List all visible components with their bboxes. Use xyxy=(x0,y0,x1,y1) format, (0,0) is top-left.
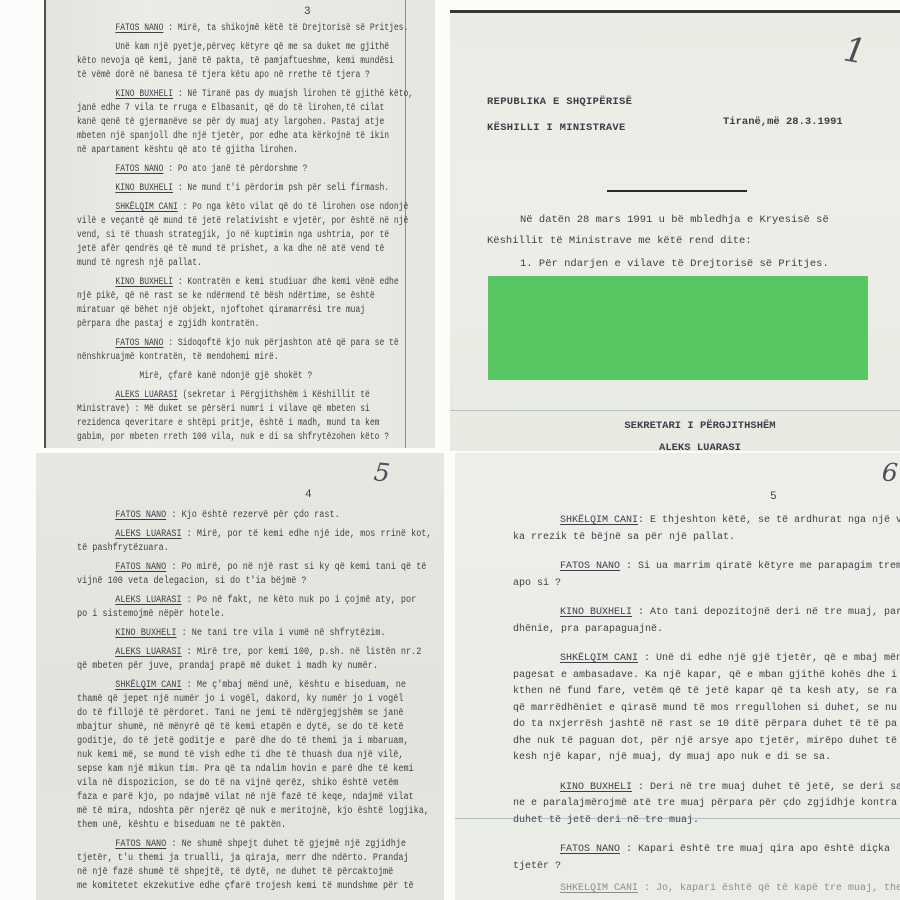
scanned-minutes-collage: 3 FATOS NANO : Mirë, ta shikojmë këtë të… xyxy=(0,0,900,900)
speaker-name: SHKËLQIM CANI xyxy=(115,202,177,213)
speaker-name: FATOS NANO xyxy=(115,164,163,175)
dialogue-paragraph: FATOS NANO : Po mirë, po në një rast si … xyxy=(77,561,444,589)
dialogue-paragraph: FATOS NANO : Sidoqoftë kjo nuk përjashto… xyxy=(77,337,435,365)
speaker-name: FATOS NANO xyxy=(115,839,166,850)
cut-off-line: SHKËLQIM CANI : Jo, kapari është që të k… xyxy=(513,883,900,893)
dialogue-paragraph: SHKËLQIM CANI : Me ç'mbaj mënd unë, kësh… xyxy=(77,679,444,833)
dialogue-paragraph: SHKËLQIM CANI : Unë di edhe një gjë tjet… xyxy=(513,651,900,767)
redaction-block xyxy=(488,276,868,380)
dialogue-line: : Ne tani tre vila i vumë në shfrytëzim. xyxy=(176,628,385,639)
dialogue-paragraph: ALEKS LUARASI (sekretar i Përgjithshëm i… xyxy=(77,389,435,445)
speaker-name: ALEKS LUARASI xyxy=(115,595,181,606)
speaker-name: SHKËLQIM CANI xyxy=(560,515,638,526)
page-number: 4 xyxy=(305,489,312,501)
dialogue-paragraph: KINO BUXHELI : Kontratën e kemi studiuar… xyxy=(77,276,435,332)
speaker-name: SHKËLQIM CANI xyxy=(115,680,181,691)
signature-name: ALEKS LUARASI xyxy=(585,437,815,451)
dialogue-paragraph: KINO BUXHELI : Deri në tre muaj duhet të… xyxy=(513,780,900,830)
signature-title: SEKRETARI I PËRGJITHSHËM xyxy=(585,415,815,437)
speaker-name: FATOS NANO xyxy=(115,338,163,349)
dialogue-line: : Mirë, ta shikojmë këtë të Drejtorisë s… xyxy=(163,23,408,34)
dialogue-line: : Unë di edhe një gjë tjetër, që e mbaj … xyxy=(513,653,900,763)
speaker-name: FATOS NANO xyxy=(560,844,620,855)
republic-header: REPUBLIKA E SHQIPËRISË KËSHILLI I MINIST… xyxy=(487,89,632,141)
handwritten-page-mark: 1 xyxy=(841,29,869,72)
dialogue-paragraph: SHKËLQIM CANI : Po nga këto vilat që do … xyxy=(77,201,435,271)
divider-rule xyxy=(607,190,747,192)
speaker-name: SHKËLQIM CANI xyxy=(560,883,638,893)
dialogue-paragraph: KINO BUXHELI : Ne tani tre vila i vumë n… xyxy=(77,627,444,641)
agenda-item: 1. Për ndarjen e vilave të Drejtorisë së… xyxy=(487,258,887,270)
dialogue-paragraph: ALEKS LUARASI : Mirë tre, por kemi 100, … xyxy=(77,646,444,674)
speaker-name: KINO BUXHELI xyxy=(560,607,632,618)
scan-page-4: 5 4 FATOS NANO : Kjo është rezervë për ç… xyxy=(36,453,444,900)
page-number: 5 xyxy=(770,491,777,503)
scan-page-1: 1 REPUBLIKA E SHQIPËRISË KËSHILLI I MINI… xyxy=(450,10,900,451)
dialogue-paragraph: SHKËLQIM CANI: E thjeshton këtë, se të a… xyxy=(513,513,900,546)
speaker-name: SHKËLQIM CANI xyxy=(560,653,638,664)
scan-page-3: 3 FATOS NANO : Mirë, ta shikojmë këtë të… xyxy=(44,0,435,448)
dialogue-line: Mirë, çfarë kanë ndonjë gjë shokët ? xyxy=(115,371,312,382)
dateline: Tiranë,më 28.3.1991 xyxy=(723,116,843,128)
dialogue-line: : Kjo është rezervë për çdo rast. xyxy=(166,510,339,521)
dialogue-text: SHKËLQIM CANI: E thjeshton këtë, se të a… xyxy=(513,513,900,888)
scan-page-5: 6 5 SHKËLQIM CANI: E thjeshton këtë, se … xyxy=(455,453,900,900)
dialogue-paragraph: Unë kam një pyetje,përveç këtyre që me s… xyxy=(77,41,435,83)
dialogue-paragraph: FATOS NANO : Po ato janë të përdorshme ? xyxy=(77,163,435,177)
speaker-name: ALEKS LUARASI xyxy=(115,647,181,658)
speaker-name: KINO BUXHELI xyxy=(560,782,632,793)
speaker-name: FATOS NANO xyxy=(560,561,620,572)
dialogue-text: FATOS NANO : Mirë, ta shikojmë këtë të D… xyxy=(77,22,435,448)
dialogue-paragraph: KINO BUXHELI : Ato tani depozitojnë deri… xyxy=(513,605,900,638)
speaker-name: KINO BUXHELI xyxy=(115,183,173,194)
speaker-name: FATOS NANO xyxy=(115,510,166,521)
meeting-intro: Në datën 28 mars 1991 u bë mbledhja e Kr… xyxy=(487,210,877,252)
dialogue-paragraph: ALEKS LUARASI : Po në fakt, ne këto nuk … xyxy=(77,594,444,622)
dialogue-line: : Ne mund t'i përdorim psh për seli firm… xyxy=(173,183,389,194)
speaker-name: FATOS NANO xyxy=(115,562,166,573)
dialogue-paragraph: KINO BUXHELI : Në Tiranë pas dy muajsh l… xyxy=(77,88,435,158)
speaker-name: ALEKS LUARASI xyxy=(115,529,181,540)
dialogue-paragraph: ALEKS LUARASI : Mirë, por të kemi edhe n… xyxy=(77,528,444,556)
dialogue-paragraph: FATOS NANO : Kjo është rezervë për çdo r… xyxy=(77,509,444,523)
dialogue-paragraph: FATOS NANO : Mirë, ta shikojmë këtë të D… xyxy=(77,22,435,36)
scan-artifact-line xyxy=(450,410,900,411)
scan-artifact-line xyxy=(455,818,900,819)
dialogue-paragraph: FATOS NANO : Si ua marrim qiratë këtyre … xyxy=(513,559,900,592)
signature-block: SEKRETARI I PËRGJITHSHËM ALEKS LUARASI xyxy=(585,415,815,451)
dialogue-line: : Po ato janë të përdorshme ? xyxy=(163,164,307,175)
dialogue-paragraph: FATOS NANO : Kapari është tre muaj qira … xyxy=(513,842,900,875)
handwritten-page-mark: 5 xyxy=(373,457,392,488)
speaker-name: KINO BUXHELI xyxy=(115,89,173,100)
dialogue-line: : Jo, kapari është që të kapë tre muaj, … xyxy=(638,883,900,893)
dialogue-line: Unë kam një pyetje,përveç këtyre që me s… xyxy=(77,42,394,81)
speaker-name: KINO BUXHELI xyxy=(115,277,173,288)
speaker-name: FATOS NANO xyxy=(115,23,163,34)
dialogue-text: FATOS NANO : Kjo është rezervë për çdo r… xyxy=(77,509,444,899)
page-number: 3 xyxy=(304,6,311,18)
dialogue-paragraph: KINO BUXHELI : Ne mund t'i përdorim psh … xyxy=(77,182,435,196)
dialogue-line: : Me ç'mbaj mënd unë, kështu e biseduam,… xyxy=(77,680,429,831)
handwritten-page-mark: 6 xyxy=(881,457,899,487)
speaker-name: ALEKS LUARASI xyxy=(115,390,177,401)
speaker-name: KINO BUXHELI xyxy=(115,628,176,639)
dialogue-paragraph: FATOS NANO : Ne shumë shpejt duhet të gj… xyxy=(77,838,444,894)
dialogue-paragraph: Mirë, çfarë kanë ndonjë gjë shokët ? xyxy=(77,370,435,384)
